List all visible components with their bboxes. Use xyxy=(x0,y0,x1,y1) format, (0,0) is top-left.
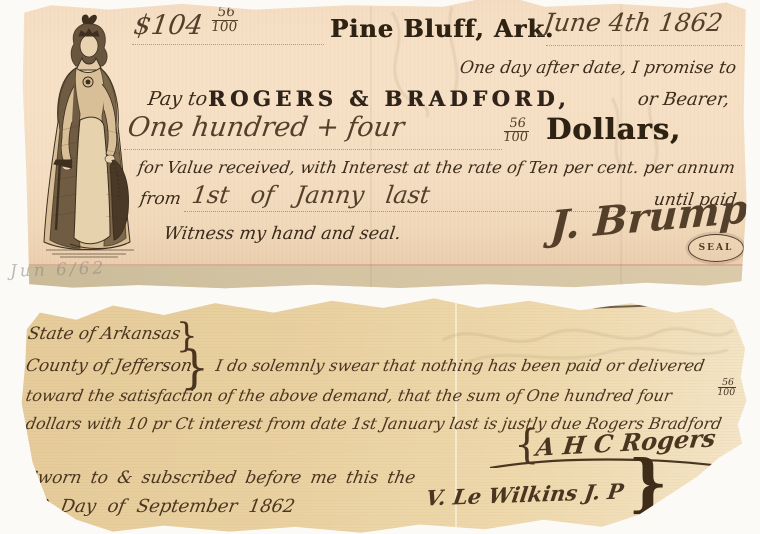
signature-flourish xyxy=(488,458,723,468)
promissory-note-paper: $104 56100 Pine Bluff, Ark. June 4th 186… xyxy=(22,0,748,290)
affidavit-fraction: 56100 xyxy=(718,378,736,398)
amount-numeric-handwritten: $104 xyxy=(134,10,203,41)
dotted-rule xyxy=(132,44,324,45)
brace-flourish-glyph: } xyxy=(628,446,668,519)
scanned-document-page: $104 56100 Pine Bluff, Ark. June 4th 186… xyxy=(0,0,760,534)
dollars-fraction-handwritten: 56100 xyxy=(504,118,529,145)
date-handwritten: June 4th 1862 xyxy=(544,8,723,37)
pencil-docket-note: Jun 6/62 xyxy=(10,258,107,281)
promise-line-printed: One day after date, I promise to xyxy=(460,58,736,78)
affidavit-satisfaction-line: toward the satisfaction of the above dem… xyxy=(26,386,672,405)
payee-name-printed: ROGERS & BRADFORD, xyxy=(208,86,570,111)
amount-fraction-handwritten: 56100 xyxy=(212,6,238,34)
dotted-rule xyxy=(124,149,502,150)
witness-line-printed: Witness my hand and seal. xyxy=(164,224,401,244)
from-date-handwritten: 1st of Janny last xyxy=(192,181,430,209)
place-printed: Pine Bluff, Ark. xyxy=(330,14,554,43)
ink-line xyxy=(593,301,743,308)
affidavit-paper: State of Arkansas } County of Jefferson … xyxy=(18,296,748,534)
from-label-printed: from xyxy=(140,189,181,209)
sworn-date-handwritten: 29 Day of September 1862 xyxy=(26,496,295,517)
dotted-rule xyxy=(546,45,742,46)
sworn-line-handwritten: Sworn to & subscribed before me this the xyxy=(26,468,415,488)
affidavit-state-line: State of Arkansas xyxy=(28,324,180,344)
pay-to-label-printed: Pay to xyxy=(148,88,207,110)
note-stain-band xyxy=(22,266,748,290)
dollars-label-printed: Dollars, xyxy=(546,112,681,146)
bearer-label-printed: or Bearer, xyxy=(638,89,729,110)
affidavit-county-line: County of Jefferson xyxy=(26,356,192,376)
amount-words-handwritten: One hundred + four xyxy=(128,112,404,143)
value-received-line-printed: for Value received, with Interest at the… xyxy=(138,158,735,177)
affidavit-oath-line: I do solemnly swear that nothing has bee… xyxy=(216,356,705,375)
seal-stamp: SEAL xyxy=(688,234,744,262)
